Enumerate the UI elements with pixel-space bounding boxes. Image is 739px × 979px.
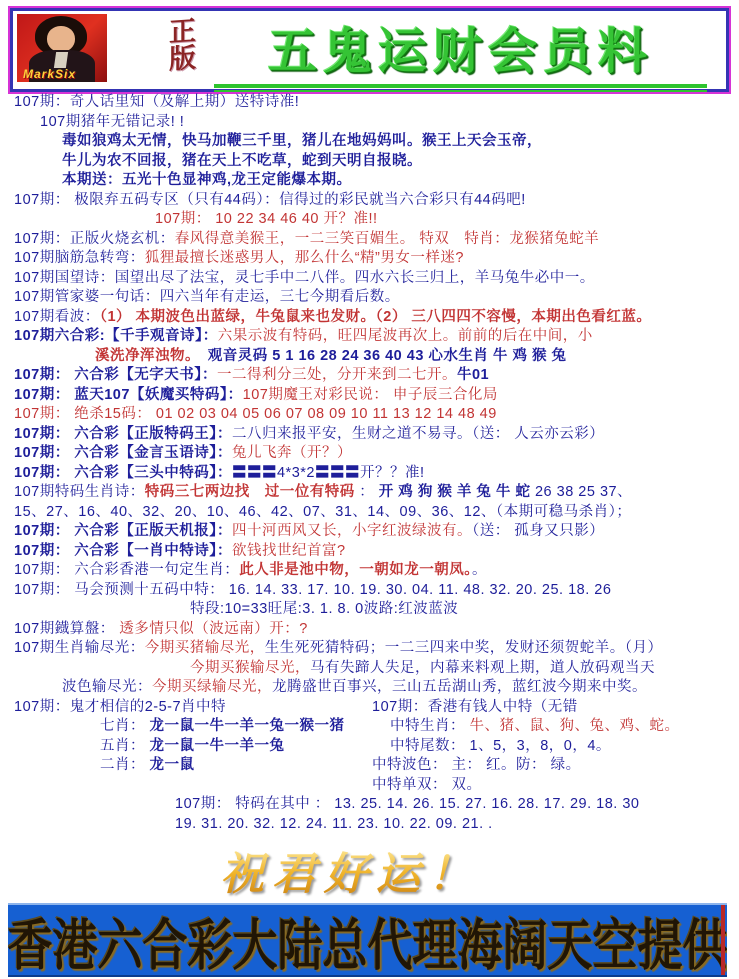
- text-segment: 4*3*2: [277, 465, 315, 481]
- text-segment: 此人非是池中物，一朝如龙一朝凤。: [239, 562, 472, 578]
- text-line-34: 五肖： 龙一鼠一牛一羊一兔中特尾数： 1、5，3，8，0，4。: [0, 737, 739, 757]
- text-line-10: 107期国望诗：国望出尽了法宝，灵七手中二八伴。四水六长三归上，羊马兔牛必中一。: [0, 269, 739, 289]
- text-segment: 透多情只似（波远南）开：?: [119, 621, 308, 637]
- text-segment: 四十河西风又长，小字红波绿波有。: [232, 523, 472, 539]
- text-segment: 马有失蹄人失足，内幕来料观上期，道人放码观当天: [310, 660, 655, 676]
- text-segment: 今期买猪输尽光，: [145, 640, 265, 656]
- text-segment: 狐狸最擅长迷惑男人，那么什么“精”男女一样迷?: [145, 250, 464, 266]
- text-line-28: 107期鐡算盤： 透多情只似（波远南）开：?: [0, 620, 739, 640]
- text-segment: 26 38 25 37、: [530, 484, 632, 500]
- text-segment: 龙一鼠一牛一羊一兔: [150, 738, 285, 754]
- text-segment: 中特生肖：: [390, 718, 470, 734]
- text-segment: 中特尾数：: [390, 738, 470, 754]
- text-line-15: 107期： 六合彩【无字天书】：一二得利分三处，分开来到二七开。牛01: [0, 366, 739, 386]
- text-segment: 龙腾盛世百事兴，三山五岳湖山秀，蓝红波今期来中奖。: [272, 679, 647, 695]
- text-segment: 六果示波有特码，旺四尾波再次上。: [218, 328, 458, 344]
- text-segment: 107期猪年无错记录! !: [40, 114, 184, 130]
- text-segment: （1） 本期波色出蓝绿，牛兔鼠来也发财。（2） 三八四四不容慢，本期出色看红蓝。: [100, 309, 652, 325]
- text-segment: 107期： 特码在其中 ： 13. 25. 14. 26. 15. 27. 16…: [175, 796, 639, 812]
- text-segment: 特段:10=33旺尾:3. 1. 8. 0波路:红波蓝波: [190, 601, 458, 617]
- text-segment: 107期：鬼才相信的2-5-7肖中特: [14, 699, 226, 715]
- text-line-12: 107期看波：（1） 本期波色出蓝绿，牛兔鼠来也发财。（2） 三八四四不容慢，本…: [0, 308, 739, 328]
- text-segment: 15、27、16、40、32、20、10、46、42、07、31、14、09、3…: [14, 504, 631, 520]
- text-line-34-col2: 中特尾数： 1、5，3，8，0，4。: [390, 737, 611, 757]
- text-line-24: 107期： 六合彩【一肖中特诗】：欲钱找世纪首富?: [0, 542, 739, 562]
- text-line-6: 107期： 极限弃五码专区（只有44码）：信得过的彩民就当六合彩只有44码吧!: [0, 191, 739, 211]
- text-segment: 中特波色： 主： 红。防： 绿。: [372, 757, 581, 773]
- text-segment: 1、5，3，8，0，4。: [470, 738, 611, 754]
- text-segment: 107期： 六合彩【金言玉语诗】：: [14, 445, 232, 461]
- text-segment: 春风得意美猴王，一二三笑百媚生。 特双 特肖：龙猴猪兔蛇羊: [175, 231, 600, 247]
- text-segment: 107期：正版火烧玄机：: [14, 231, 175, 247]
- text-segment: 107期魔王对彩民说： 申子辰三合化局: [243, 387, 498, 403]
- text-line-25: 107期： 六合彩香港一句定生肖：此人非是池中物，一朝如龙一朝凤。。: [0, 561, 739, 581]
- text-segment: 四六当年有走运，三七今期看后数。: [160, 289, 400, 305]
- text-segment: 兔儿飞奔（开？）: [232, 445, 352, 461]
- text-line-29: 107期生肖输尽光：今期买猪输尽光，生生死死猜特码；一二三四来中奖，发财还须贺蛇…: [0, 639, 739, 659]
- text-segment: 107期： 10 22 34 46 40 开？准!!: [155, 211, 378, 227]
- text-segment: （送： 孤身又只影）: [472, 523, 604, 539]
- text-segment: 龙一鼠一牛一羊一兔一猴一猪: [150, 718, 345, 734]
- text-segment: 107期： 六合彩【三头中特码】：: [14, 465, 232, 481]
- text-line-33: 七肖： 龙一鼠一牛一羊一兔一猴一猪中特生肖： 牛、猪、鼠、狗、兔、鸡、蛇。: [0, 717, 739, 737]
- text-line-36: 中特单双： 双。: [0, 776, 739, 796]
- provider-banner-text: 香港六合彩大陆总代理海阔天空提供: [8, 903, 727, 977]
- text-segment: 107期特码生肖诗：: [14, 484, 145, 500]
- text-segment: 本期送：五光十色显神鸡,龙王定能爆本期。: [62, 172, 352, 188]
- text-segment: 107期：香港有钱人中特（无错: [372, 699, 578, 715]
- text-line-35: 二肖： 龙一鼠中特波色： 主： 红。防： 绿。: [0, 756, 739, 776]
- text-segment: 七肖：: [100, 718, 150, 734]
- text-segment: 107期： 蓝天107【妖魔买特码】：: [14, 387, 243, 403]
- portrait-face: [47, 26, 75, 52]
- text-segment: 107期： 马会预测十五码中特：: [14, 582, 229, 598]
- text-segment: 107期国望诗：: [14, 270, 115, 286]
- text-line-13: 107期六合彩:【千手观音诗】：六果示波有特码，旺四尾波再次上。前前的后在中间，…: [0, 327, 739, 347]
- text-line-22: 15、27、16、40、32、20、10、46、42、07、31、14、09、3…: [0, 503, 739, 523]
- banner-red-line: [721, 905, 725, 975]
- text-segment: 107期： 六合彩【正版特码王】：: [14, 426, 232, 442]
- title-underline-thin: [214, 90, 707, 92]
- text-line-7: 107期： 10 22 34 46 40 开？准!!: [0, 210, 739, 230]
- provider-banner: 香港六合彩大陆总代理海阔天空提供: [8, 903, 727, 977]
- text-segment: 107期看波：: [14, 309, 100, 325]
- text-segment: 107期生肖输尽光：: [14, 640, 145, 656]
- text-line-1: 107期：奇人话里知（及解上期）送特诗准!: [0, 93, 739, 113]
- text-line-26: 107期： 马会预测十五码中特： 16. 14. 33. 17. 10. 19.…: [0, 581, 739, 601]
- text-line-19: 107期： 六合彩【金言玉语诗】：兔儿飞奔（开？）: [0, 444, 739, 464]
- text-segment: 今期买绿输尽光，: [152, 679, 272, 695]
- text-segment: 107期： 六合彩【无字天书】：: [14, 367, 217, 383]
- text-line-33-col2: 中特生肖： 牛、猪、鼠、狗、兔、鸡、蛇。: [390, 717, 680, 737]
- text-segment: 107期： 绝杀15码： 01 02 03 04 05 06 07 08 09 …: [14, 406, 497, 422]
- text-segment: 国望出尽了法宝，灵七手中二八伴。四水六长三归上，羊马兔牛必中一。: [115, 270, 595, 286]
- tips-text-body: 107期：奇人话里知（及解上期）送特诗准!107期猪年无错记录! !毒如狼鸡太无…: [0, 93, 739, 834]
- text-segment: 前前的后在中间，小: [458, 328, 593, 344]
- text-segment: 107期： 极限弃五码专区（只有44码）：信得过的彩民就当六合彩只有44码吧!: [14, 192, 526, 208]
- text-segment: 二八归来报平安，生财之道不易寻。（送： 人云亦云彩）: [232, 426, 604, 442]
- text-segment: 中特单双： 双。: [372, 777, 482, 793]
- text-line-9: 107期脑筋急转弯：狐狸最擅长迷惑男人，那么什么“精”男女一样迷?: [0, 249, 739, 269]
- text-line-18: 107期： 六合彩【正版特码王】：二八归来报平安，生财之道不易寻。（送： 人云亦…: [0, 425, 739, 445]
- text-segment: 今期买猴输尽光，: [190, 660, 310, 676]
- title-underline-thick: [214, 84, 707, 88]
- text-segment: 19. 31. 20. 32. 12. 24. 11. 23. 10. 22. …: [175, 816, 493, 832]
- text-segment: 。: [472, 562, 487, 578]
- text-segment: 107期脑筋急转弯：: [14, 250, 145, 266]
- text-line-37: 107期： 特码在其中 ： 13. 25. 14. 26. 15. 27. 16…: [0, 795, 739, 815]
- text-segment: 牛儿为农不回报，猪在天上不吃草，蛇到天明自报晓。: [62, 153, 422, 169]
- good-luck-wish: 祝君好运！: [0, 838, 700, 902]
- text-segment: 牛、猪、鼠、狗、兔、鸡、蛇。: [470, 718, 680, 734]
- text-line-38: 19. 31. 20. 32. 12. 24. 11. 23. 10. 22. …: [0, 815, 739, 835]
- text-segment: 波色输尽光：: [62, 679, 152, 695]
- text-line-35-col2: 中特波色： 主： 红。防： 绿。: [372, 756, 581, 776]
- text-segment: 龙一鼠: [150, 757, 195, 773]
- text-line-2: 107期猪年无错记录! !: [0, 113, 739, 133]
- text-segment: 特码三七两边找 过一位有特码: [145, 484, 355, 500]
- text-line-32-col2: 107期：香港有钱人中特（无错: [372, 698, 578, 718]
- text-segment: 开 鸡 狗 猴 羊 兔 牛 蛇: [379, 484, 531, 500]
- text-segment: 107期： 六合彩香港一句定生肖：: [14, 562, 239, 578]
- text-line-21: 107期特码生肖诗：特码三七两边找 过一位有特码 ： 开 鸡 狗 猴 羊 兔 牛…: [0, 483, 739, 503]
- text-segment: 107期：奇人话里知（及解上期）送特诗准!: [14, 94, 299, 110]
- text-line-23: 107期： 六合彩【正版天机报】：四十河西风又长，小字红波绿波有。（送： 孤身又…: [0, 522, 739, 542]
- text-segment: 107期六合彩:【千手观音诗】：: [14, 328, 218, 344]
- portrait-collar: [54, 52, 68, 68]
- text-line-17: 107期： 绝杀15码： 01 02 03 04 05 06 07 08 09 …: [0, 405, 739, 425]
- text-line-8: 107期：正版火烧玄机：春风得意美猴王，一二三笑百媚生。 特双 特肖：龙猴猪兔蛇…: [0, 230, 739, 250]
- text-line-5: 本期送：五光十色显神鸡,龙王定能爆本期。: [0, 171, 739, 191]
- page-title: 五鬼运财会员料: [208, 13, 713, 83]
- text-segment: 五肖：: [100, 738, 150, 754]
- marksix-caption: MarkSix: [23, 67, 76, 81]
- text-segment: 一二得利分三处，分开来到二七开。: [217, 367, 457, 383]
- text-line-36-col2: 中特单双： 双。: [372, 776, 482, 796]
- text-line-14: 溪洗净浑浊物。 观音灵码 5 1 16 28 24 36 40 43 心水生肖 …: [0, 347, 739, 367]
- text-line-31: 波色输尽光：今期买绿输尽光，龙腾盛世百事兴，三山五岳湖山秀，蓝红波今期来中奖。: [0, 678, 739, 698]
- text-line-3: 毒如狼鸡太无情，快马加鞭三千里，猪儿在地妈妈叫。猴王上天会玉帝，: [0, 132, 739, 152]
- text-segment: 毒如狼鸡太无情，快马加鞭三千里，猪儿在地妈妈叫。猴王上天会玉帝，: [62, 133, 542, 149]
- text-segment: 107期： 六合彩【一肖中特诗】：: [14, 543, 232, 559]
- text-segment: 牛01: [457, 367, 489, 383]
- text-line-16: 107期： 蓝天107【妖魔买特码】：107期魔王对彩民说： 申子辰三合化局: [0, 386, 739, 406]
- text-line-27: 特段:10=33旺尾:3. 1. 8. 0波路:红波蓝波: [0, 600, 739, 620]
- text-line-4: 牛儿为农不回报，猪在天上不吃草，蛇到天明自报晓。: [0, 152, 739, 172]
- text-segment: ：: [355, 484, 379, 500]
- text-segment: 16. 14. 33. 17. 10. 19. 30. 04. 11. 48. …: [229, 582, 612, 598]
- text-segment: 欲钱找世纪首富?: [232, 543, 346, 559]
- text-segment: 开？？准!: [360, 465, 425, 481]
- text-line-20: 107期： 六合彩【三头中特码】：〓〓〓4*3*2〓〓〓开？？准!: [0, 464, 739, 484]
- text-segment: 〓〓〓: [232, 465, 277, 481]
- header-box: MarkSix 正版 五鬼运财会员料: [10, 8, 729, 92]
- portrait-photo: MarkSix: [17, 14, 107, 82]
- text-line-11: 107期管家婆一句话：四六当年有走运，三七今期看后数。: [0, 288, 739, 308]
- text-segment: 溪洗净浑浊物。: [95, 348, 193, 364]
- text-line-30: 今期买猴输尽光，马有失蹄人失足，内幕来料观上期，道人放码观当天: [0, 659, 739, 679]
- zhengban-stamp: 正版: [163, 16, 197, 84]
- tip-sheet-page: MarkSix 正版 五鬼运财会员料 107期：奇人话里知（及解上期）送特诗准!…: [0, 0, 739, 979]
- text-segment: 生生死死猜特码；一二三四来中奖，发财还须贺蛇羊。（月）: [265, 640, 663, 656]
- text-segment: 二肖：: [100, 757, 150, 773]
- text-segment: 107期管家婆一句话：: [14, 289, 160, 305]
- text-segment: 〓〓〓: [315, 465, 360, 481]
- text-segment: 107期： 六合彩【正版天机报】：: [14, 523, 232, 539]
- text-line-32: 107期：鬼才相信的2-5-7肖中特107期：香港有钱人中特（无错: [0, 698, 739, 718]
- text-segment: 观音灵码 5 1 16 28 24 36 40 43 心水生肖 牛 鸡 猴 兔: [193, 348, 567, 364]
- text-segment: 107期鐡算盤：: [14, 621, 119, 637]
- title-block: 五鬼运财会员料: [208, 13, 713, 92]
